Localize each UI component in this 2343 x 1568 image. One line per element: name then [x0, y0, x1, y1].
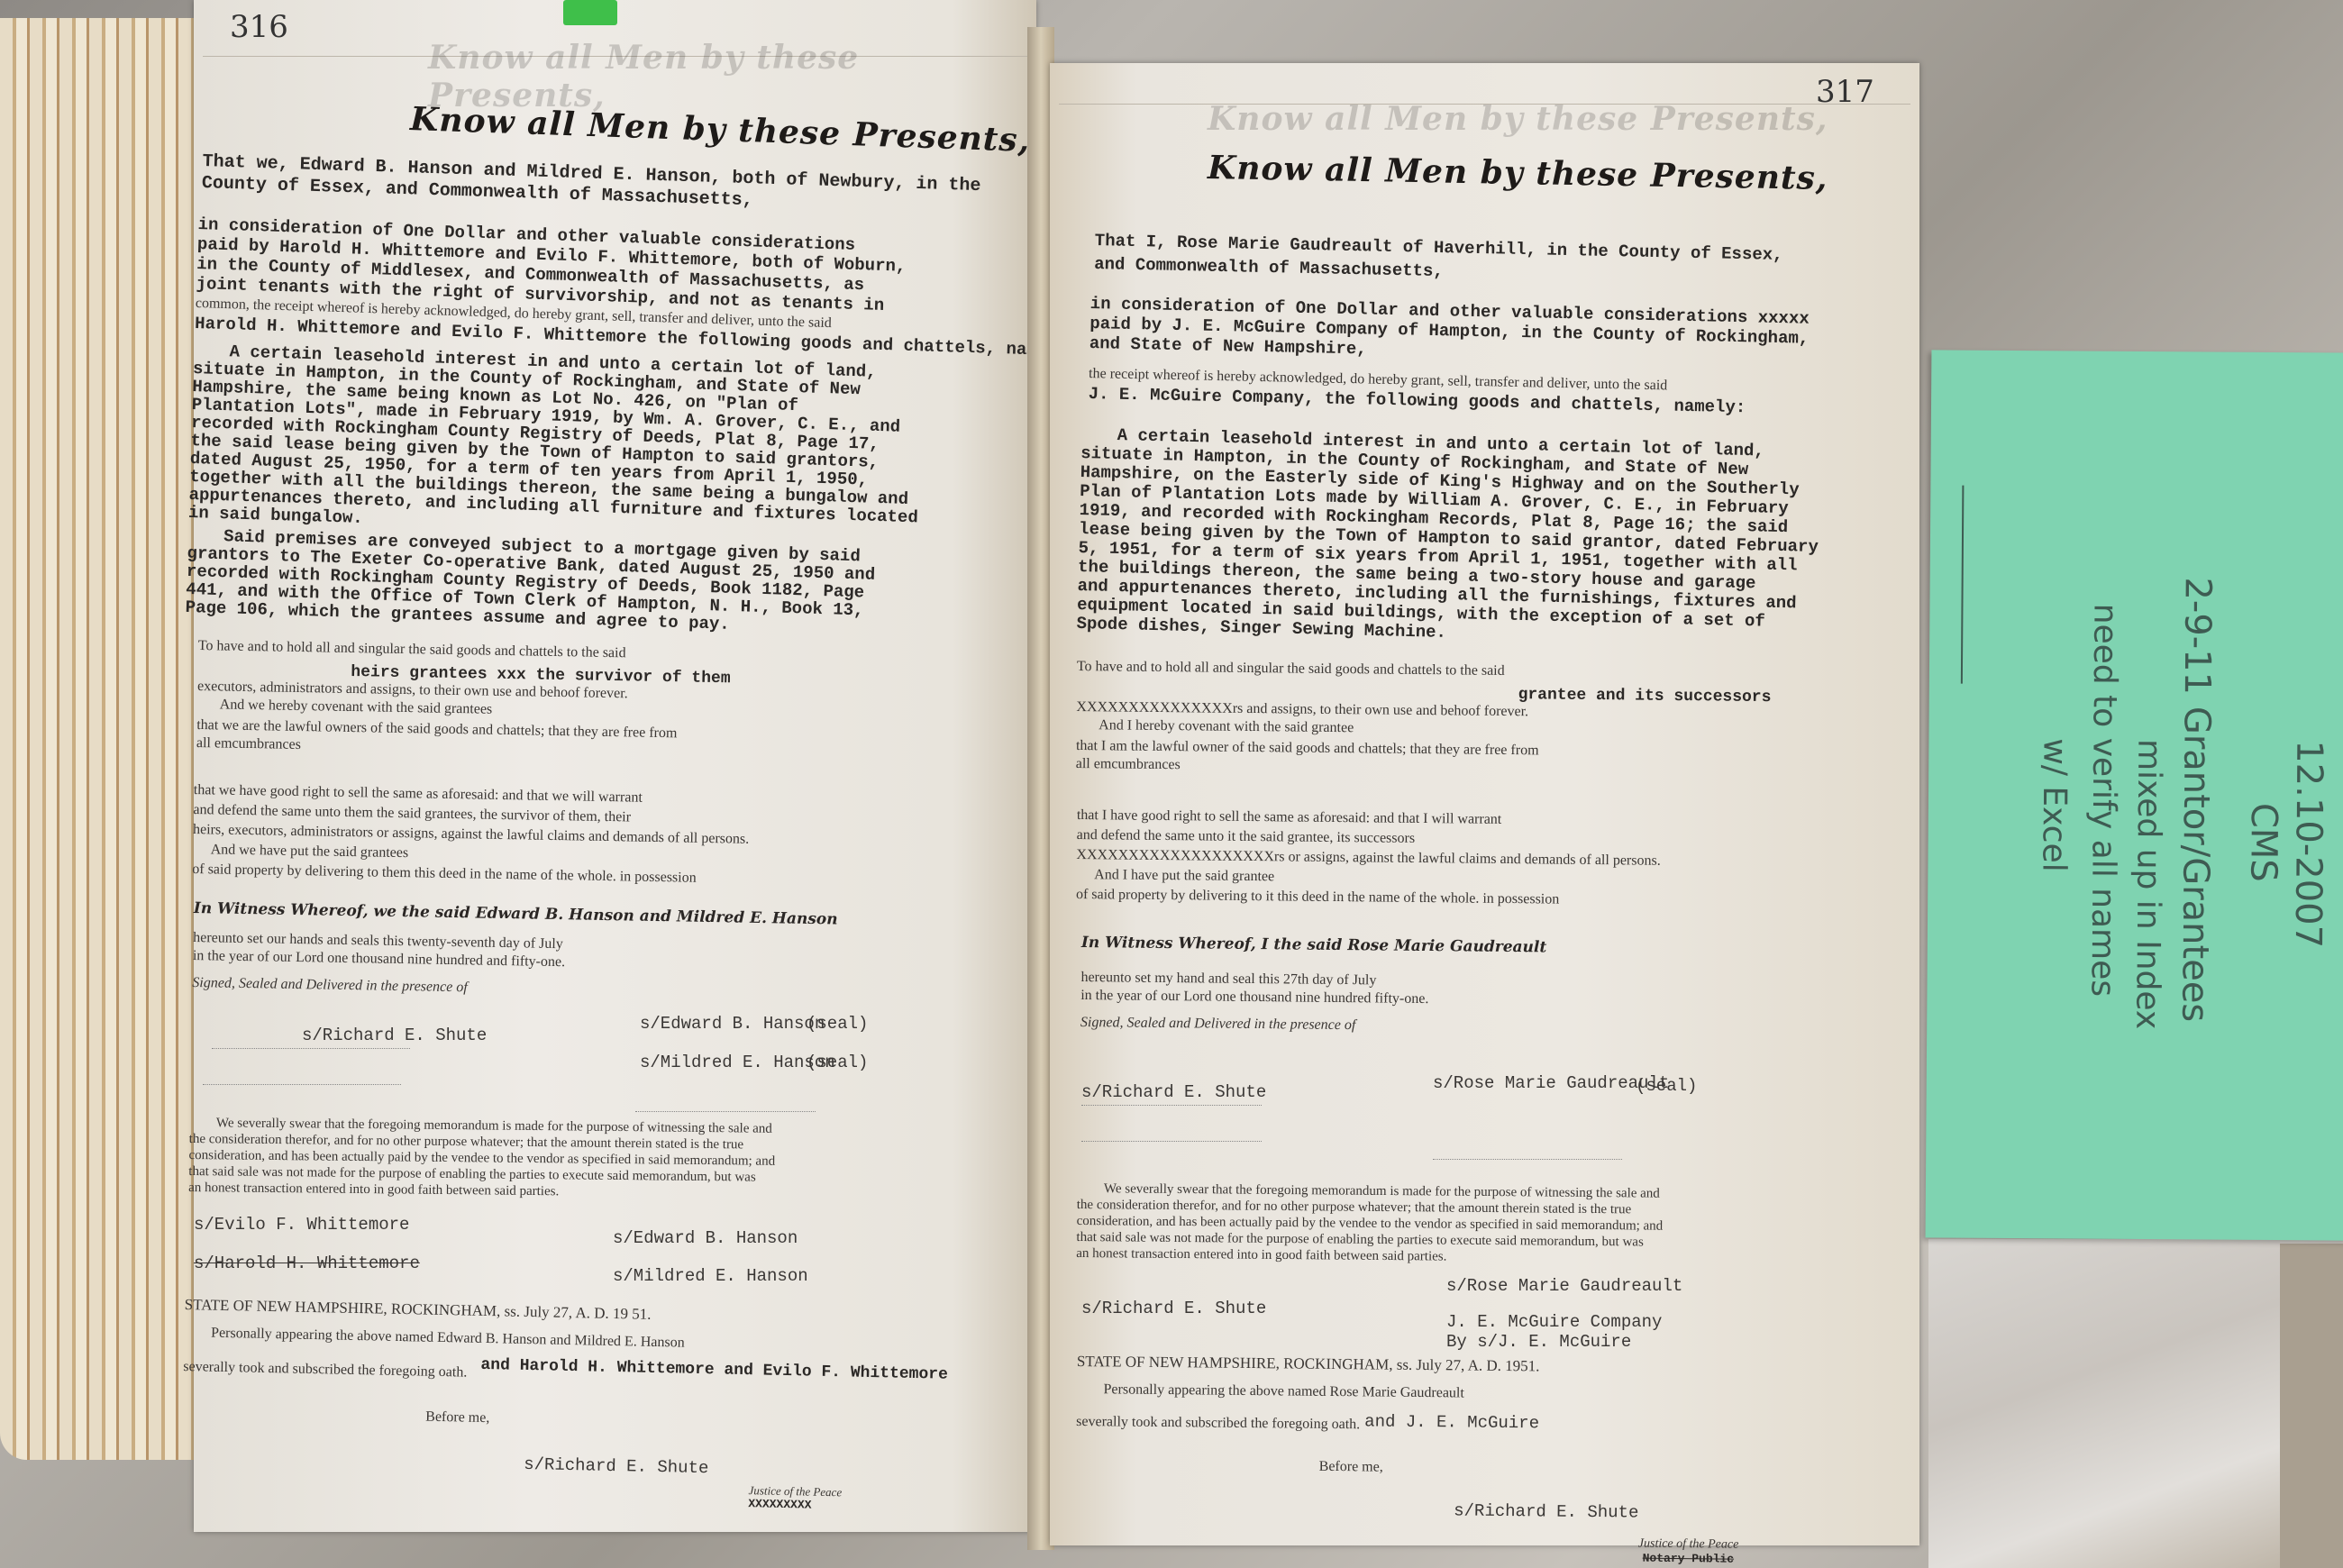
note-date: 12.10-2007 — [2287, 740, 2330, 948]
grantor-signature-1: s/Edward B. Hanson — [640, 1014, 825, 1034]
worn-page-edges — [0, 18, 207, 1460]
bracket-line — [1961, 486, 1965, 684]
note-line: w/ Excel — [2035, 738, 2073, 872]
witness-signature: s/Richard E. Shute — [1081, 1082, 1266, 1102]
seal-label: (seal) — [807, 1053, 868, 1072]
form-title: Know all Men by these Presents, — [1208, 149, 1828, 197]
left-page: 316 Know all Men by these Presents, Know… — [194, 0, 1036, 1532]
stone-surface — [2280, 1244, 2343, 1568]
sticky-note: 12.10-2007 CMS 2-9-11 Grantor/Grantees m… — [1926, 350, 2343, 1240]
ghost-title: Know all Men by these Presents, — [1208, 100, 1828, 138]
seal-label: (seal) — [807, 1014, 868, 1034]
note-initials: CMS — [2242, 803, 2284, 882]
note-line: 2-9-11 Grantor/Grantees — [2174, 577, 2218, 1022]
note-line: need to verify all names — [2083, 604, 2123, 998]
right-page: 317 Know all Men by these Presents, Know… — [1050, 63, 1919, 1545]
green-clip — [563, 0, 617, 25]
seal-label: (seal) — [1636, 1076, 1697, 1096]
page-number: 316 — [230, 9, 288, 45]
note-line: mixed up in Index — [2129, 739, 2167, 1029]
deed-form: Know all Men by these Presents, Know all… — [1059, 104, 1910, 1537]
deed-form: Know all Men by these Presents, Know all… — [203, 56, 1032, 1517]
witness-signature: s/Richard E. Shute — [302, 1026, 487, 1045]
grantor-signature: s/Rose Marie Gaudreault — [1433, 1073, 1669, 1093]
